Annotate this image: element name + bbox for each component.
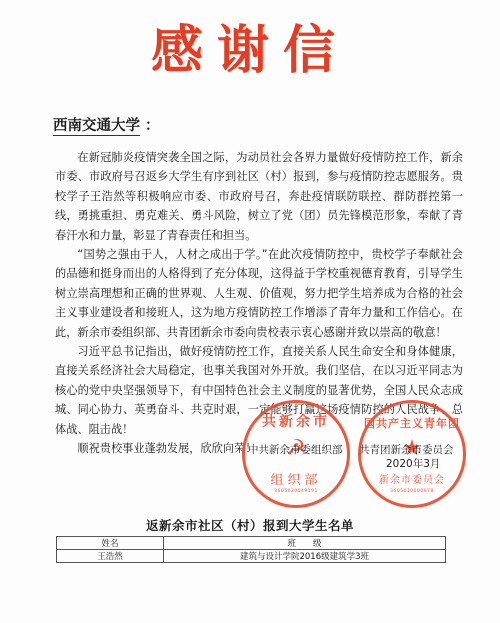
header-class: 班 级 [164, 537, 446, 550]
paragraph-2: “国势之强由于人，人材之成出于学。”在此次疫情防控中，贵校学子奉献社会的品德和挺… [55, 245, 463, 342]
cell-name: 王浩然 [57, 550, 164, 563]
addressee: 西南交通大学： [53, 116, 160, 136]
table-header-row: 姓名 班 级 [57, 537, 446, 550]
addressee-name: 西南交通大学 [53, 118, 140, 136]
seal-code: 3605010000978 [361, 489, 463, 494]
table-row: 王浩然 建筑与设计学院2016级建筑学3班 [57, 550, 446, 563]
seal-bottom-text: 组织部 [245, 469, 347, 488]
letter-title: 感谢信 [0, 22, 500, 80]
signature-org-1: 中共新余市委组织部 [248, 443, 343, 457]
thank-you-letter-page: 感谢信 西南交通大学： 在新冠肺炎疫情突袭全国之际，为动员社会各界力量做好疫情防… [0, 0, 500, 623]
seal-arc-text: 共新余市 [245, 411, 347, 431]
signature-date: 2020年3月 [386, 457, 440, 471]
paragraph-1: 在新冠肺炎疫情突袭全国之际，为动员社会各界力量做好疫情防控工作，新余市委、市政府… [55, 148, 463, 245]
addressee-colon: ： [145, 118, 160, 134]
seal-arc-text: 国共产主义青年团 [361, 415, 463, 431]
roster-caption: 返新余市社区（村）报到大学生名单 [0, 516, 500, 534]
cell-class: 建筑与设计学院2016级建筑学3班 [164, 550, 446, 563]
seal-code: 3605020049191 [245, 489, 347, 494]
student-roster-table: 姓名 班 级 王浩然 建筑与设计学院2016级建筑学3班 [56, 536, 446, 563]
signature-org-2: 共青团新余市委员会 [359, 443, 454, 457]
seal-bottom-text: 新余市委员会 [361, 471, 463, 486]
header-name: 姓名 [57, 537, 164, 550]
